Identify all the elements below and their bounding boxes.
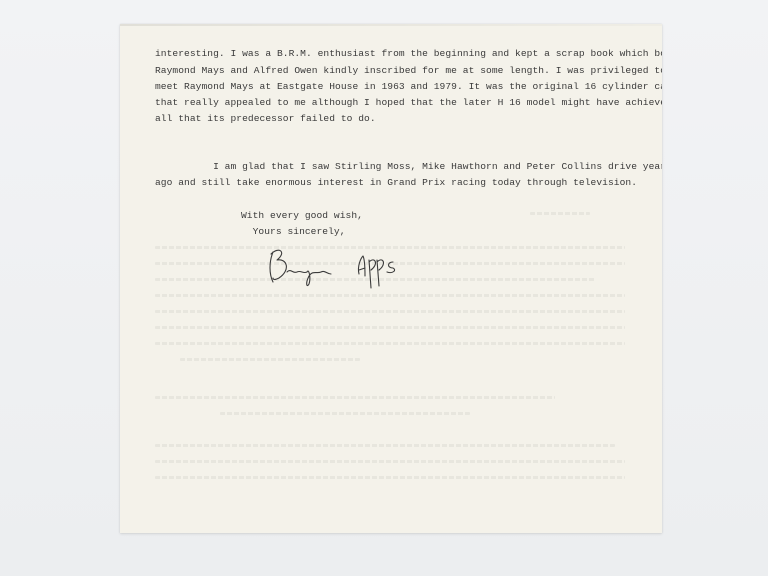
body-line-2: Raymond Mays and Alfred Owen kindly insc… bbox=[155, 65, 662, 76]
body-line-1: interesting. I was a B.R.M. enthusiast f… bbox=[155, 48, 662, 59]
paragraph2-line-1: I am glad that I saw Stirling Moss, Mike… bbox=[155, 161, 662, 172]
letter-page: interesting. I was a B.R.M. enthusiast f… bbox=[120, 24, 662, 533]
closing-line-1: With every good wish, bbox=[241, 210, 363, 221]
body-line-3: meet Raymond Mays at Eastgate House in 1… bbox=[155, 81, 662, 92]
body-line-4: that really appealed to me although I ho… bbox=[155, 97, 662, 108]
body-line-5: all that its predecessor failed to do. bbox=[155, 113, 376, 124]
paragraph2-line-2: ago and still take enormous interest in … bbox=[155, 177, 637, 188]
handwritten-signature bbox=[265, 244, 415, 294]
closing-line-2: Yours sincerely, bbox=[241, 226, 346, 237]
